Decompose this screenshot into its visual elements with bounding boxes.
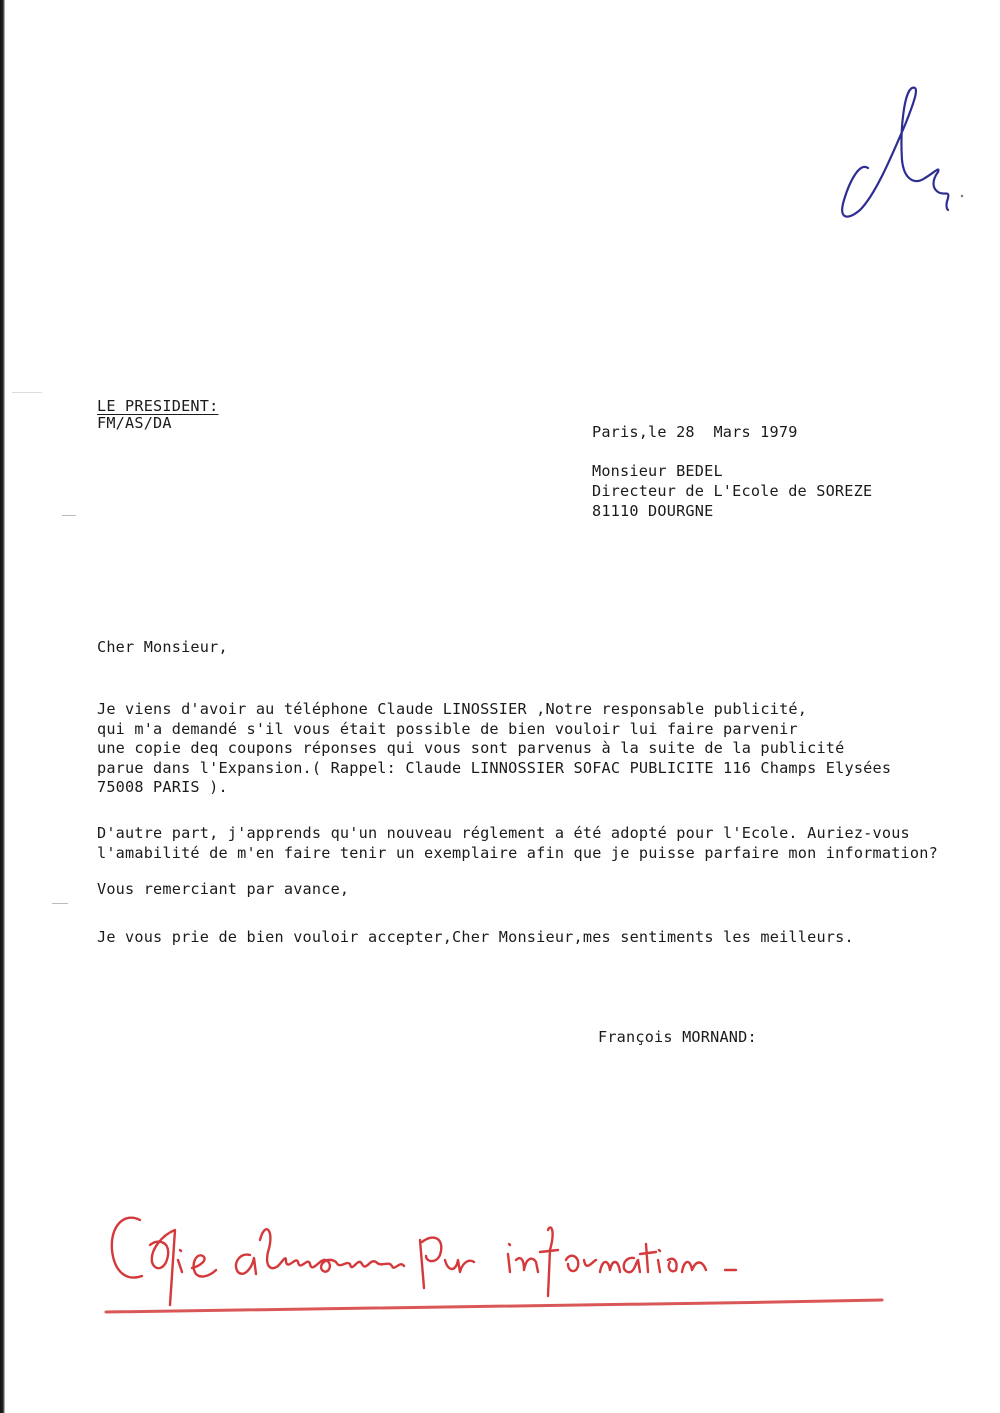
paragraph-2-line: D'autre part, j'apprends qu'un nouveau r… — [97, 824, 938, 844]
paragraph-1-line: une copie deq coupons réponses qui vous … — [97, 739, 891, 759]
paragraph-3: Vous remerciant par avance, — [97, 880, 349, 900]
place-date: Paris,le 28 Mars 1979 — [592, 423, 798, 443]
recipient-function: Directeur de L'Ecole de SOREZE — [592, 482, 872, 502]
handwritten-initials — [820, 80, 970, 230]
paragraph-1-line: Je viens d'avoir au téléphone Claude LIN… — [97, 700, 891, 720]
scan-edge — [0, 0, 5, 1413]
reference-code: FM/AS/DA — [97, 414, 172, 434]
paragraph-2: D'autre part, j'apprends qu'un nouveau r… — [97, 824, 938, 863]
salutation: Cher Monsieur, — [97, 638, 228, 658]
paragraph-1-line: 75008 PARIS ). — [97, 778, 891, 798]
closing-formula: Je vous prie de bien vouloir accepter,Ch… — [97, 928, 854, 948]
paragraph-1: Je viens d'avoir au téléphone Claude LIN… — [97, 700, 891, 798]
red-handwritten-note — [100, 1200, 900, 1330]
scan-mark — [52, 903, 68, 908]
paragraph-1-line: qui m'a demandé s'il vous était possible… — [97, 720, 891, 740]
paragraph-1-line: parue dans l'Expansion.( Rappel: Claude … — [97, 759, 891, 779]
recipient-name: Monsieur BEDEL — [592, 462, 723, 482]
scan-mark — [62, 515, 76, 520]
signature-name: François MORNAND: — [598, 1028, 757, 1048]
scan-mark — [12, 392, 42, 393]
paragraph-2-line: l'amabilité de m'en faire tenir un exemp… — [97, 844, 938, 864]
recipient-address: 81110 DOURGNE — [592, 502, 713, 522]
